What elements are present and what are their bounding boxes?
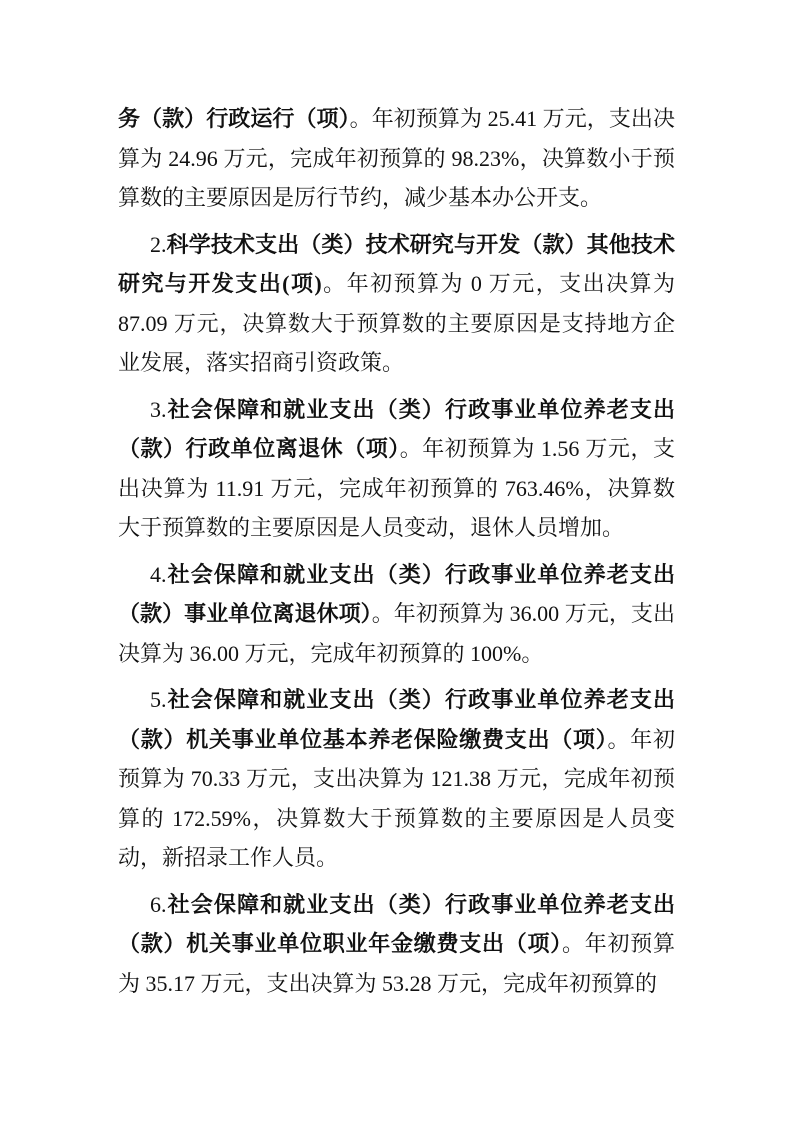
list-number: 2.	[150, 232, 167, 257]
list-number: 5.	[150, 687, 167, 712]
heading-period: 。	[372, 601, 394, 626]
document-page: 务（款）行政运行（项）。年初预算为 25.41 万元，支出决算为 24.96 万…	[0, 0, 793, 1122]
paragraph-item-6: 6.社会保障和就业支出（类）行政事业单位养老支出（款）机关事业单位职业年金缴费支…	[118, 885, 675, 1004]
paragraph-item-1-continuation: 务（款）行政运行（项）。年初预算为 25.41 万元，支出决算为 24.96 万…	[118, 99, 675, 218]
heading-period: 。	[322, 271, 347, 296]
list-number: 4.	[150, 562, 167, 587]
list-number: 3.	[150, 397, 167, 422]
paragraph-item-3: 3.社会保障和就业支出（类）行政事业单位养老支出（款）行政单位离退休（项）。年初…	[118, 390, 675, 548]
paragraph-item-2: 2.科学技术支出（类）技术研究与开发（款）其他技术研究与开发支出(项)。年初预算…	[118, 225, 675, 383]
budget-item-heading: 务（款）行政运行（项）	[118, 106, 350, 131]
budget-item-heading: 社会保障和就业支出（类）行政事业单位养老支出（款）机关事业单位基本养老保险缴费支…	[118, 687, 675, 752]
paragraph-item-4: 4.社会保障和就业支出（类）行政事业单位养老支出（款）事业单位离退休项）。年初预…	[118, 555, 675, 674]
page-body: 务（款）行政运行（项）。年初预算为 25.41 万元，支出决算为 24.96 万…	[118, 99, 675, 1003]
heading-period: 。	[562, 931, 585, 956]
list-number: 6.	[150, 892, 167, 917]
heading-period: 。	[607, 727, 630, 752]
heading-period: 。	[400, 436, 423, 461]
heading-period: 。	[350, 106, 372, 131]
paragraph-item-5: 5.社会保障和就业支出（类）行政事业单位养老支出（款）机关事业单位基本养老保险缴…	[118, 680, 675, 878]
